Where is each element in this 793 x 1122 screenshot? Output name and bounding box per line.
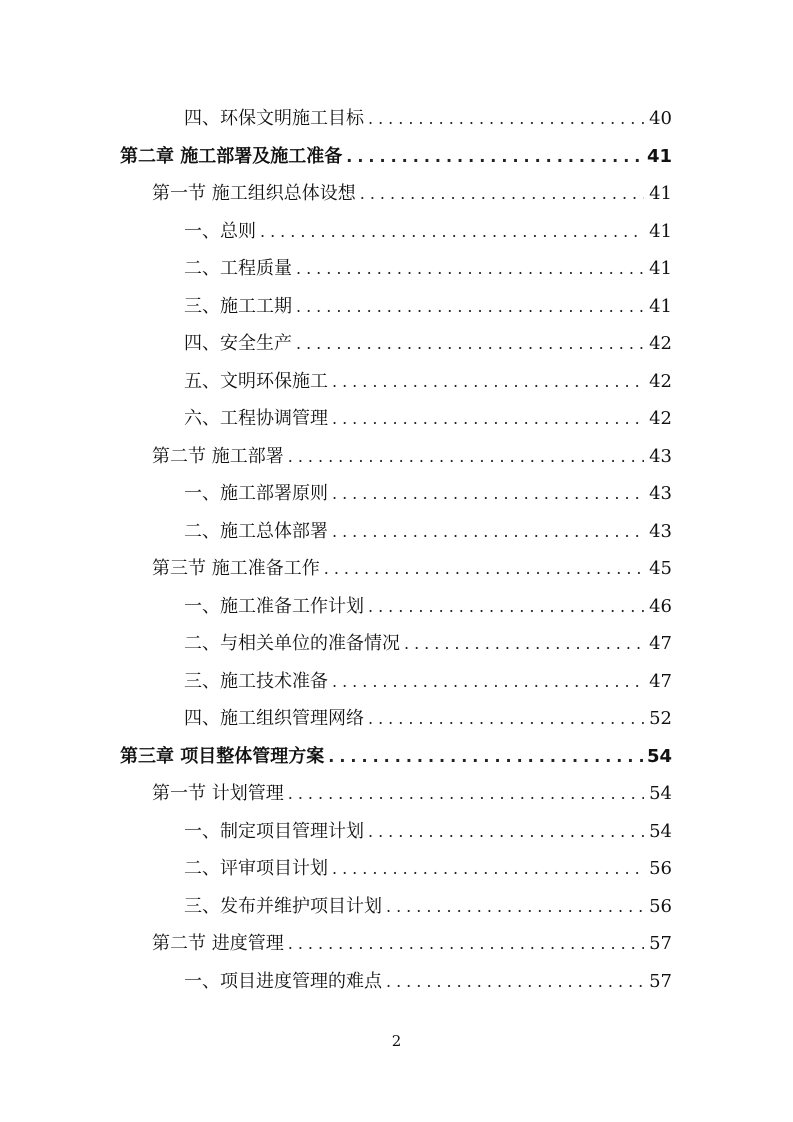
dot-leader: ........................................… (386, 888, 644, 925)
dot-leader: ........................................… (368, 100, 644, 137)
dot-leader: ........................................… (368, 588, 644, 625)
toc-page-number: 41 (644, 250, 672, 287)
dot-leader: ........................................… (296, 325, 644, 362)
toc-entry-title: 第一节 计划管理 (152, 775, 288, 812)
toc-entry[interactable]: 三、施工技术准备................................… (184, 663, 672, 700)
toc-section-entry[interactable]: 第二节 进度管理................................… (152, 925, 672, 962)
toc-page-number: 54 (643, 738, 672, 775)
toc-page-number: 45 (644, 550, 672, 587)
dot-leader: ........................................… (332, 475, 644, 512)
toc-page-number: 41 (644, 175, 672, 212)
toc-entry[interactable]: 一、施工准备工作计划..............................… (184, 588, 672, 625)
toc-entry-title: 二、与相关单位的准备情况 (184, 625, 404, 662)
toc-section-entry[interactable]: 第一节 施工组织总体设想............................… (152, 175, 672, 212)
toc-entry[interactable]: 六、工程协调管理................................… (184, 400, 672, 437)
toc-page-number: 41 (643, 138, 672, 175)
toc-entry[interactable]: 一、总则....................................… (184, 213, 672, 250)
toc-page-number: 54 (644, 813, 672, 850)
dot-leader: ........................................… (368, 813, 644, 850)
toc-entry-title: 一、施工部署原则 (184, 475, 332, 512)
dot-leader: ........................................… (346, 138, 643, 175)
toc-entry-title: 一、项目进度管理的难点 (184, 963, 386, 1000)
dot-leader: ........................................… (324, 550, 644, 587)
toc-page-number: 43 (644, 438, 672, 475)
toc-page-number: 43 (644, 513, 672, 550)
toc-entry-title: 六、工程协调管理 (184, 400, 332, 437)
dot-leader: ........................................… (288, 925, 644, 962)
dot-leader: ........................................… (386, 963, 644, 1000)
dot-leader: ........................................… (288, 775, 644, 812)
toc-entry[interactable]: 三、施工工期..................................… (184, 288, 672, 325)
toc-chapter-entry[interactable]: 第二章 施工部署及施工准备...........................… (120, 138, 672, 175)
toc-page-number: 56 (644, 888, 672, 925)
toc-entry-title: 二、施工总体部署 (184, 513, 332, 550)
toc-entry[interactable]: 一、制定项目管理计划..............................… (184, 813, 672, 850)
toc-page-number: 57 (644, 963, 672, 1000)
toc-entry-title: 三、发布并维护项目计划 (184, 888, 386, 925)
toc-entry[interactable]: 四、施工组织管理网络..............................… (184, 700, 672, 737)
toc-entry[interactable]: 五、文明环保施工................................… (184, 363, 672, 400)
toc-entry-title: 三、施工工期 (184, 288, 296, 325)
dot-leader: ........................................… (404, 625, 644, 662)
toc-page-number: 42 (644, 325, 672, 362)
toc-entry-title: 四、施工组织管理网络 (184, 700, 368, 737)
toc-entry[interactable]: 三、发布并维护项目计划.............................… (184, 888, 672, 925)
toc-page-number: 42 (644, 363, 672, 400)
toc-entry[interactable]: 一、项目进度管理的难点.............................… (184, 963, 672, 1000)
toc-entry[interactable]: 二、工程质量..................................… (184, 250, 672, 287)
dot-leader: ........................................… (296, 288, 644, 325)
toc-page-number: 47 (644, 625, 672, 662)
page-number: 2 (0, 1032, 793, 1050)
toc-page-number: 54 (644, 775, 672, 812)
toc-entry-title: 五、文明环保施工 (184, 363, 332, 400)
toc-entry[interactable]: 四、环保文明施工目标..............................… (184, 100, 672, 137)
toc-entry[interactable]: 一、施工部署原则................................… (184, 475, 672, 512)
toc-entry-title: 一、施工准备工作计划 (184, 588, 368, 625)
toc-entry-title: 第三节 施工准备工作 (152, 550, 324, 587)
toc-page-number: 47 (644, 663, 672, 700)
toc-entry[interactable]: 四、安全生产..................................… (184, 325, 672, 362)
toc-entry-title: 四、环保文明施工目标 (184, 100, 368, 137)
dot-leader: ........................................… (332, 400, 644, 437)
toc-section-entry[interactable]: 第一节 计划管理................................… (152, 775, 672, 812)
toc-page-number: 41 (644, 288, 672, 325)
toc-entry-title: 第二节 施工部署 (152, 438, 288, 475)
toc-section-entry[interactable]: 第二节 施工部署................................… (152, 438, 672, 475)
dot-leader: ........................................… (332, 513, 644, 550)
toc-page-number: 46 (644, 588, 672, 625)
toc-entry[interactable]: 二、施工总体部署................................… (184, 513, 672, 550)
toc-entry-title: 第三章 项目整体管理方案 (120, 738, 328, 775)
dot-leader: ........................................… (332, 850, 644, 887)
toc-page-number: 57 (644, 925, 672, 962)
dot-leader: ........................................… (328, 738, 643, 775)
toc-entry-title: 二、工程质量 (184, 250, 296, 287)
toc-entry-title: 一、制定项目管理计划 (184, 813, 368, 850)
toc-page-number: 40 (644, 100, 672, 137)
toc-entry[interactable]: 二、与相关单位的准备情况............................… (184, 625, 672, 662)
toc-section-entry[interactable]: 第三节 施工准备工作..............................… (152, 550, 672, 587)
dot-leader: ........................................… (296, 250, 644, 287)
dot-leader: ........................................… (360, 175, 644, 212)
toc-entry-title: 第一节 施工组织总体设想 (152, 175, 360, 212)
dot-leader: ........................................… (332, 363, 644, 400)
toc-page-number: 41 (644, 213, 672, 250)
toc-page-number: 42 (644, 400, 672, 437)
toc-entry-title: 三、施工技术准备 (184, 663, 332, 700)
dot-leader: ........................................… (332, 663, 644, 700)
dot-leader: ........................................… (288, 438, 644, 475)
toc-entry-title: 第二节 进度管理 (152, 925, 288, 962)
toc-entry-title: 第二章 施工部署及施工准备 (120, 138, 346, 175)
toc-page-number: 52 (644, 700, 672, 737)
dot-leader: ........................................… (260, 213, 644, 250)
toc-entry-title: 四、安全生产 (184, 325, 296, 362)
toc-entry-title: 一、总则 (184, 213, 260, 250)
toc-page-number: 56 (644, 850, 672, 887)
dot-leader: ........................................… (368, 700, 644, 737)
toc-chapter-entry[interactable]: 第三章 项目整体管理方案............................… (120, 738, 672, 775)
toc-entry[interactable]: 二、评审项目计划................................… (184, 850, 672, 887)
toc-page-number: 43 (644, 475, 672, 512)
toc-entry-title: 二、评审项目计划 (184, 850, 332, 887)
